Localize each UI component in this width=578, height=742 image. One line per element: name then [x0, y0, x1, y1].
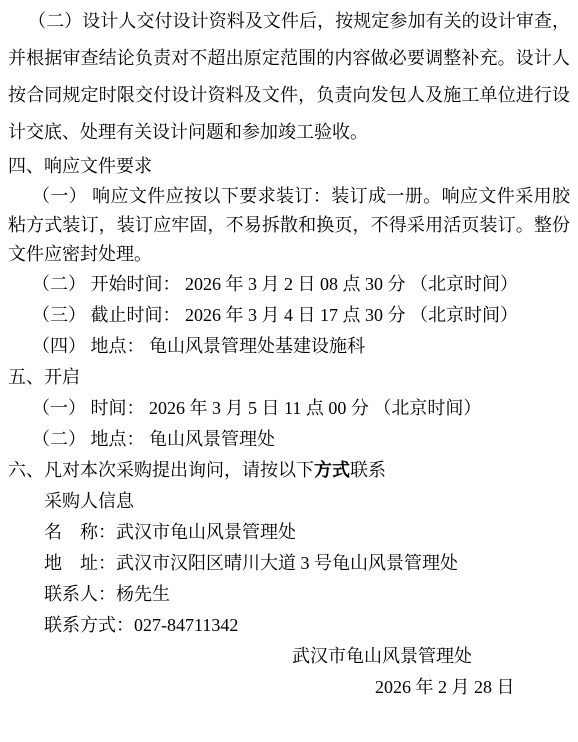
item-start-time: （二） 开始时间： 2026 年 3 月 2 日 08 点 30 分 （北京时间… — [8, 269, 570, 300]
paragraph-design-obligations: （二）设计人交付设计资料及文件后，按规定参加有关的设计审查，并根据审查结论负责对… — [8, 3, 570, 151]
contact-heading-emphasis: 方式 — [314, 460, 350, 480]
contact-address-line: 地 址：武汉市汉阳区晴川大道 3 号龟山风景管理处 — [8, 548, 570, 579]
item-binding-requirement: （一） 响应文件应按以下要求装订：装订成一册。响应文件采用胶粘方式装订，装订应牢… — [8, 182, 570, 269]
item-submission-location: （四） 地点： 龟山风景管理处基建设施科 — [8, 331, 570, 362]
buyer-info-title: 采购人信息 — [8, 486, 570, 517]
contact-heading-suffix: 联系 — [350, 460, 386, 480]
section-heading-response-file-requirements: 四、响应文件要求 — [8, 151, 570, 182]
contact-name-line: 名 称：武汉市龟山风景管理处 — [8, 517, 570, 548]
contact-method-line: 联系方式：027-84711342 — [8, 610, 570, 641]
item-opening-time: （一） 时间： 2026 年 3 月 5 日 11 点 00 分 （北京时间） — [8, 393, 570, 424]
item-deadline-time: （三） 截止时间： 2026 年 3 月 4 日 17 点 30 分 （北京时间… — [8, 300, 570, 331]
section-heading-opening: 五、开启 — [8, 362, 570, 393]
signature-line: 武汉市龟山风景管理处 — [8, 641, 570, 672]
item-opening-location: （二） 地点： 龟山风景管理处 — [8, 424, 570, 455]
date-line: 2026 年 2 月 28 日 — [8, 672, 570, 703]
contact-heading-prefix: 六、凡对本次采购提出询问，请按以下 — [8, 460, 314, 480]
document-page: （二）设计人交付设计资料及文件后，按规定参加有关的设计审查，并根据审查结论负责对… — [0, 0, 578, 742]
contact-person-line: 联系人：杨先生 — [8, 579, 570, 610]
section-heading-contact: 六、凡对本次采购提出询问，请按以下方式联系 — [8, 455, 570, 486]
